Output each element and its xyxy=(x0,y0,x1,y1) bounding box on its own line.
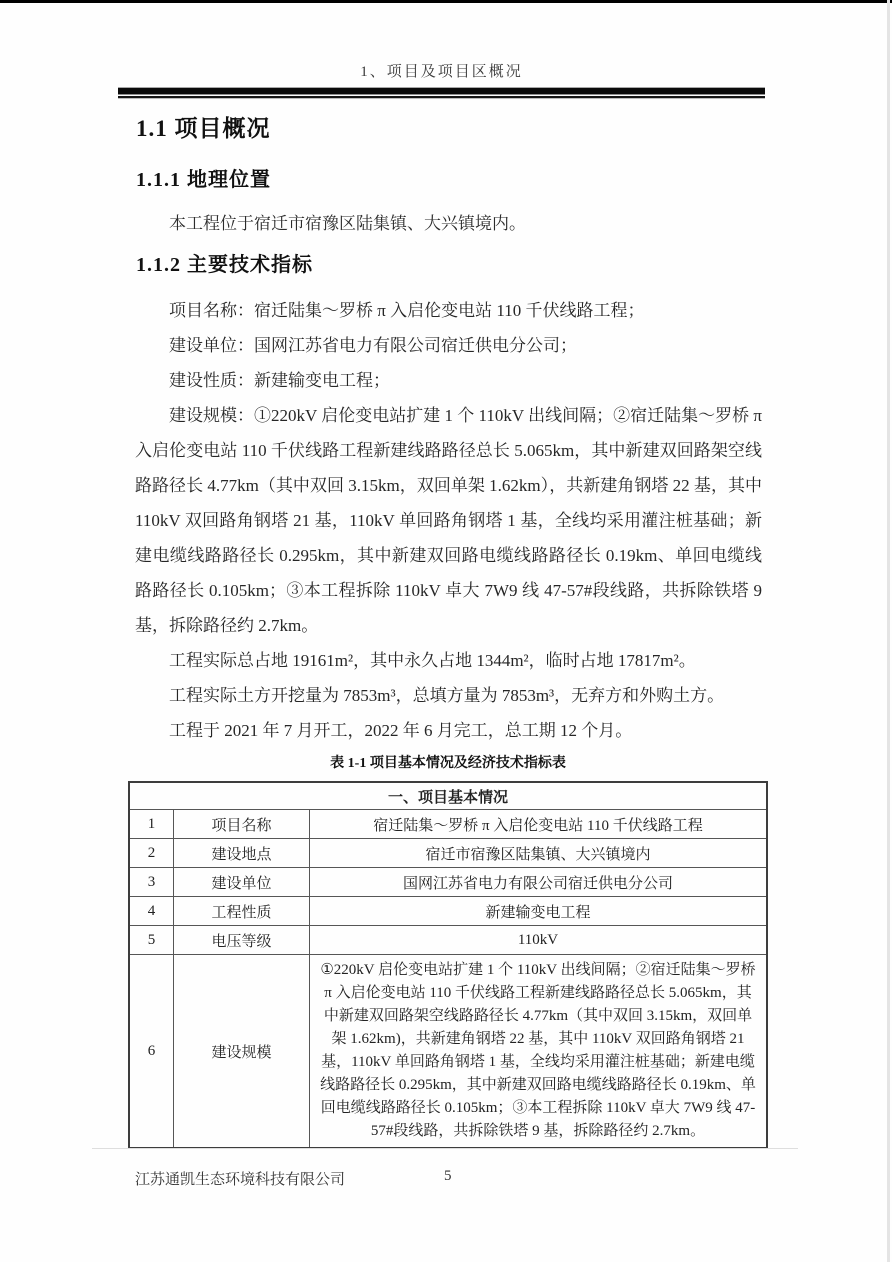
footer-separator-line xyxy=(92,1148,798,1149)
table-row: 2 建设地点 宿迁市宿豫区陆集镇、大兴镇境内 xyxy=(129,839,767,868)
row-value: 新建输变电工程 xyxy=(310,897,768,926)
paragraph-construction-unit: 建设单位：国网江苏省电力有限公司宿迁供电分公司； xyxy=(135,328,762,363)
scan-edge-right-line xyxy=(887,0,890,1262)
row-number: 3 xyxy=(129,868,174,897)
table-row: 4 工程性质 新建输变电工程 xyxy=(129,897,767,926)
table-section-header-row: 一、项目基本情况 xyxy=(129,782,767,810)
header-rule-thick-line xyxy=(118,87,765,95)
row-label: 建设地点 xyxy=(174,839,310,868)
section-heading-1-1: 1.1 项目概况 xyxy=(136,110,271,143)
row-label: 建设规模 xyxy=(174,955,310,1149)
row-value: 国网江苏省电力有限公司宿迁供电分公司 xyxy=(310,868,768,897)
row-number: 4 xyxy=(129,897,174,926)
technical-indicators-body: 项目名称：宿迁陆集～罗桥 π 入启伦变电站 110 千伏线路工程； 建设单位：国… xyxy=(135,293,762,748)
row-value: 宿迁陆集～罗桥 π 入启伦变电站 110 千伏线路工程 xyxy=(310,810,768,839)
table-row: 1 项目名称 宿迁陆集～罗桥 π 入启伦变电站 110 千伏线路工程 xyxy=(129,810,767,839)
paragraph-construction-scale: 建设规模：①220kV 启伦变电站扩建 1 个 110kV 出线间隔；②宿迁陆集… xyxy=(135,398,762,643)
document-page: 1、项目及项目区概况 1.1 项目概况 1.1.1 地理位置 本工程位于宿迁市宿… xyxy=(0,0,892,1262)
row-label: 电压等级 xyxy=(174,926,310,955)
table-section-header: 一、项目基本情况 xyxy=(129,782,767,810)
header-rule-thin-line xyxy=(118,96,765,99)
row-label: 工程性质 xyxy=(174,897,310,926)
paragraph-project-nature: 建设性质：新建输变电工程； xyxy=(135,363,762,398)
project-basic-info-table: 一、项目基本情况 1 项目名称 宿迁陆集～罗桥 π 入启伦变电站 110 千伏线… xyxy=(128,781,768,1149)
row-label: 建设单位 xyxy=(174,868,310,897)
row-value: 宿迁市宿豫区陆集镇、大兴镇境内 xyxy=(310,839,768,868)
footer-page-number: 5 xyxy=(444,1168,452,1185)
paragraph-schedule: 工程于 2021 年 7 月开工，2022 年 6 月完工，总工期 12 个月。 xyxy=(135,713,762,748)
row-number: 1 xyxy=(129,810,174,839)
section-heading-1-1-2: 1.1.2 主要技术指标 xyxy=(136,248,313,277)
paragraph-land-occupation: 工程实际总占地 19161m²，其中永久占地 1344m²，临时占地 17817… xyxy=(135,643,762,678)
header-double-rule xyxy=(118,87,765,99)
table-caption: 表 1-1 项目基本情况及经济技术指标表 xyxy=(128,752,768,772)
row-number: 5 xyxy=(129,926,174,955)
row-label: 项目名称 xyxy=(174,810,310,839)
paragraph-earthwork: 工程实际土方开挖量为 7853m³，总填方量为 7853m³，无弃方和外购土方。 xyxy=(135,678,762,713)
table-row: 6 建设规模 ①220kV 启伦变电站扩建 1 个 110kV 出线间隔；②宿迁… xyxy=(129,955,767,1149)
row-number: 2 xyxy=(129,839,174,868)
row-value: 110kV xyxy=(310,926,768,955)
running-header-title: 1、项目及项目区概况 xyxy=(118,60,765,81)
section-heading-1-1-1: 1.1.1 地理位置 xyxy=(136,163,271,192)
table-row: 3 建设单位 国网江苏省电力有限公司宿迁供电分公司 xyxy=(129,868,767,897)
table-row: 5 电压等级 110kV xyxy=(129,926,767,955)
footer-company-name: 江苏通凯生态环境科技有限公司 xyxy=(135,1168,345,1189)
row-number: 6 xyxy=(129,955,174,1149)
scan-edge-top-line xyxy=(0,0,892,3)
paragraph-project-name: 项目名称：宿迁陆集～罗桥 π 入启伦变电站 110 千伏线路工程； xyxy=(135,293,762,328)
row-value: ①220kV 启伦变电站扩建 1 个 110kV 出线间隔；②宿迁陆集～罗桥 π… xyxy=(310,955,768,1149)
paragraph-location: 本工程位于宿迁市宿豫区陆集镇、大兴镇境内。 xyxy=(135,209,762,234)
